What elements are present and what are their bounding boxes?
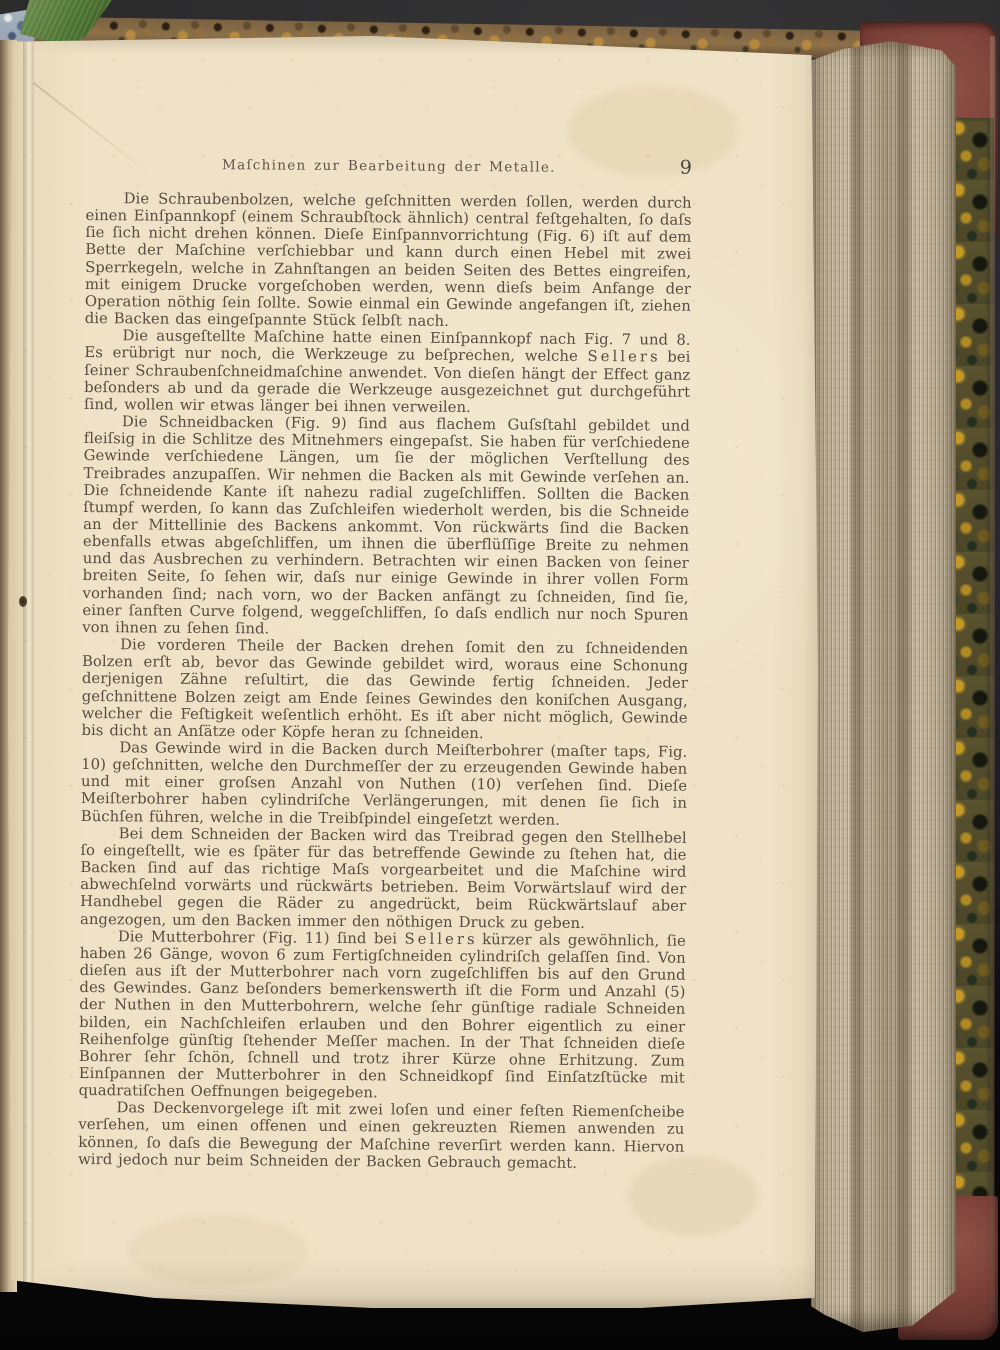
paragraph-3: Die Schneidbacken (Fig. 9) ſind aus flac…	[82, 413, 690, 641]
paragraph-2: Die ausgeſtellte Maſchine hatte einen Ei…	[84, 327, 691, 418]
paragraph-6: Bei dem Schneiden der Backen wird das Tr…	[80, 825, 687, 933]
fore-edge-pages	[811, 40, 956, 1332]
paragraph-5: Das Gewinde wird in die Backen durch Mei…	[81, 739, 688, 830]
book-page: Maſchinen zur Bearbeitung der Metalle. 9…	[8, 36, 818, 1308]
paragraph-8: Das Deckenvorgelege iſt mit zwei loſen u…	[78, 1099, 685, 1172]
text-block: Maſchinen zur Bearbeitung der Metalle. 9…	[78, 156, 692, 1173]
page-number: 9	[680, 157, 692, 179]
paragraph-4: Die vorderen Theile der Backen drehen ſo…	[81, 636, 688, 744]
photo-background: Maſchinen zur Bearbeitung der Metalle. 9…	[0, 0, 1000, 1350]
body-text: Die Schraubenbolzen, welche geſchnitten …	[78, 190, 692, 1173]
paragraph-1: Die Schraubenbolzen, welche geſchnitten …	[85, 190, 692, 332]
running-head: Maſchinen zur Bearbeitung der Metalle. 9	[86, 156, 692, 183]
header-title: Maſchinen zur Bearbeitung der Metalle.	[86, 156, 692, 177]
paragraph-7: Die Mutterbohrer (Fig. 11) ſind bei S e …	[79, 928, 686, 1104]
cover-edge-highlight	[990, 36, 995, 1312]
